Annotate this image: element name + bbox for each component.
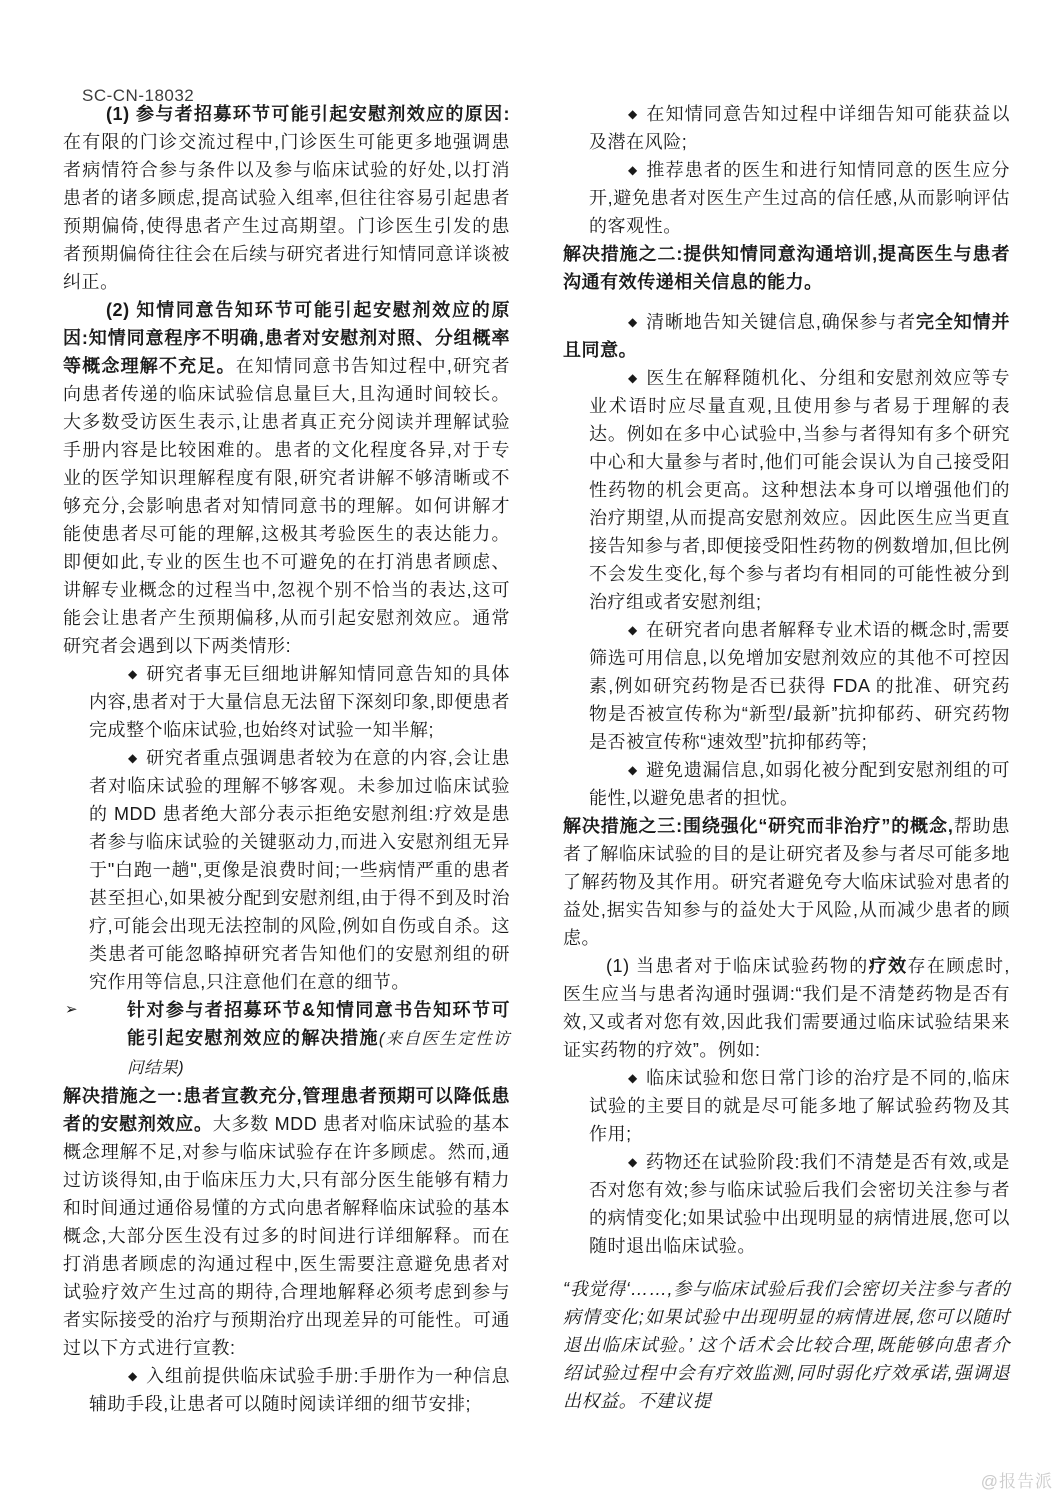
bullet-text: 清晰地告知关键信息,确保参与者	[646, 312, 916, 332]
solution-paragraph-2: 解决措施之二:提供知情同意沟通培训,提高医生与患者沟通有效传递相关信息的能力。	[563, 240, 1010, 296]
two-column-layout: (1) 参与者招募环节可能引起安慰剂效应的原因:在有限的门诊交流过程中,门诊医生…	[63, 100, 1010, 1418]
paragraph-1-heading: (1) 参与者招募环节可能引起安慰剂效应的原因:	[106, 104, 510, 124]
bullet-text: 研究者重点强调患者较为在意的内容,会让患者对临床试验的理解不够客观。未参加过临床…	[89, 748, 510, 992]
paragraph-2-body: 在知情同意书告知过程中,研究者向患者传递的临床试验信息量巨大,且沟通时间较长。大…	[63, 356, 510, 656]
solution-paragraph-1: 解决措施之一:患者宣教充分,管理患者预期可以降低患者的安慰剂效应。大多数 MDD…	[63, 1082, 510, 1362]
bullet-item: ◆医生在解释随机化、分组和安慰剂效应等专业术语时应尽量直观,且使用参与者易于理解…	[563, 364, 1010, 616]
bullet-text: 研究者事无巨细地讲解知情同意告知的具体内容,患者对于大量信息无法留下深刻印象,即…	[89, 664, 510, 740]
diamond-bullet-icon: ◆	[628, 371, 638, 385]
diamond-bullet-icon: ◆	[128, 1369, 138, 1383]
numbered-paragraph-1: (1) 参与者招募环节可能引起安慰剂效应的原因:在有限的门诊交流过程中,门诊医生…	[63, 100, 510, 296]
doctor-quote-text: “我觉得‘……,参与临床试验后我们会密切关注参与者的病情变化;如果试验中出现明显…	[563, 1279, 1010, 1411]
diamond-bullet-icon: ◆	[628, 107, 638, 121]
numbered-paragraph-2: (2) 知情同意告知环节可能引起安慰剂效应的原因:知情同意程序不明确,患者对安慰…	[63, 296, 510, 660]
bullet-text: 临床试验和您日常门诊的治疗是不同的,临床试验的主要目的就是尽可能多地了解试验药物…	[589, 1068, 1010, 1144]
diamond-bullet-icon: ◆	[128, 751, 138, 765]
diamond-bullet-icon: ◆	[128, 667, 138, 681]
diamond-bullet-icon: ◆	[628, 623, 638, 637]
watermark: @报告派	[981, 1467, 1053, 1492]
diamond-bullet-icon: ◆	[628, 163, 638, 177]
paragraph-1-body: 在有限的门诊交流过程中,门诊医生可能更多地强调患者病情符合参与条件以及参与临床试…	[63, 132, 510, 292]
bullet-item: ◆避免遗漏信息,如弱化被分配到安慰剂组的可能性,以避免患者的担忧。	[563, 756, 1010, 812]
arrow-heading: ➢针对参与者招募环节&知情同意书告知环节可能引起安慰剂效应的解决措施(来自医生定…	[63, 996, 510, 1082]
paragraph-3-bold: 疗效	[869, 956, 908, 976]
solution-2-heading: 解决措施之二:提供知情同意沟通培训,提高医生与患者沟通有效传递相关信息的能力。	[563, 244, 1010, 292]
bullet-text: 入组前提供临床试验手册:手册作为一种信息辅助手段,让患者可以随时阅读详细的细节安…	[89, 1366, 510, 1414]
bullet-text: 在研究者向患者解释专业术语的概念时,需要筛选可用信息,以免增加安慰剂效应的其他不…	[589, 620, 1010, 752]
bullet-text: 医生在解释随机化、分组和安慰剂效应等专业术语时应尽量直观,且使用参与者易于理解的…	[589, 368, 1010, 612]
bullet-item: ◆推荐患者的医生和进行知情同意的医生应分开,避免患者对医生产生过高的信任感,从而…	[563, 156, 1010, 240]
bullet-item: ◆清晰地告知关键信息,确保参与者完全知情并且同意。	[563, 308, 1010, 364]
bullet-item: ◆临床试验和您日常门诊的治疗是不同的,临床试验的主要目的就是尽可能多地了解试验药…	[563, 1064, 1010, 1148]
bullet-item: ◆在知情同意告知过程中详细告知可能获益以及潜在风险;	[563, 100, 1010, 156]
arrow-bullet-icon: ➢	[65, 996, 78, 1024]
paragraph-3-prefix: (1) 当患者对于临床试验药物的	[606, 956, 869, 976]
bullet-text: 在知情同意告知过程中详细告知可能获益以及潜在风险;	[589, 104, 1010, 152]
solution-1-body: 大多数 MDD 患者对临床试验的基本概念理解不足,对参与临床试验存在许多顾虑。然…	[63, 1114, 510, 1358]
bullet-text: 药物还在试验阶段:我们不清楚是否有效,或是否对您有效;参与临床试验后我们会密切关…	[589, 1152, 1010, 1256]
bullet-text: 推荐患者的医生和进行知情同意的医生应分开,避免患者对医生产生过高的信任感,从而影…	[589, 160, 1010, 236]
bullet-item: ◆入组前提供临床试验手册:手册作为一种信息辅助手段,让患者可以随时阅读详细的细节…	[63, 1362, 510, 1418]
right-column: ◆在知情同意告知过程中详细告知可能获益以及潜在风险; ◆推荐患者的医生和进行知情…	[563, 100, 1010, 1418]
bullet-item: ◆研究者重点强调患者较为在意的内容,会让患者对临床试验的理解不够客观。未参加过临…	[63, 744, 510, 996]
diamond-bullet-icon: ◆	[628, 315, 638, 329]
doctor-quote: “我觉得‘……,参与临床试验后我们会密切关注参与者的病情变化;如果试验中出现明显…	[563, 1275, 1010, 1415]
bullet-text: 避免遗漏信息,如弱化被分配到安慰剂组的可能性,以避免患者的担忧。	[589, 760, 1010, 808]
numbered-paragraph-3: (1) 当患者对于临床试验药物的疗效存在顾虑时,医生应当与患者沟通时强调:“我们…	[563, 952, 1010, 1064]
solution-paragraph-3: 解决措施之三:围绕强化“研究而非治疗”的概念,帮助患者了解临床试验的目的是让研究…	[563, 812, 1010, 952]
solution-3-heading: 解决措施之三:围绕强化“研究而非治疗”的概念,	[563, 816, 953, 836]
bullet-item: ◆在研究者向患者解释专业术语的概念时,需要筛选可用信息,以免增加安慰剂效应的其他…	[563, 616, 1010, 756]
diamond-bullet-icon: ◆	[628, 1155, 638, 1169]
bullet-item: ◆研究者事无巨细地讲解知情同意告知的具体内容,患者对于大量信息无法留下深刻印象,…	[63, 660, 510, 744]
diamond-bullet-icon: ◆	[628, 763, 638, 777]
bullet-item: ◆药物还在试验阶段:我们不清楚是否有效,或是否对您有效;参与临床试验后我们会密切…	[563, 1148, 1010, 1260]
diamond-bullet-icon: ◆	[628, 1071, 638, 1085]
document-page: SC-CN-18032 (1) 参与者招募环节可能引起安慰剂效应的原因:在有限的…	[0, 0, 1061, 1500]
left-column: (1) 参与者招募环节可能引起安慰剂效应的原因:在有限的门诊交流过程中,门诊医生…	[63, 100, 510, 1418]
